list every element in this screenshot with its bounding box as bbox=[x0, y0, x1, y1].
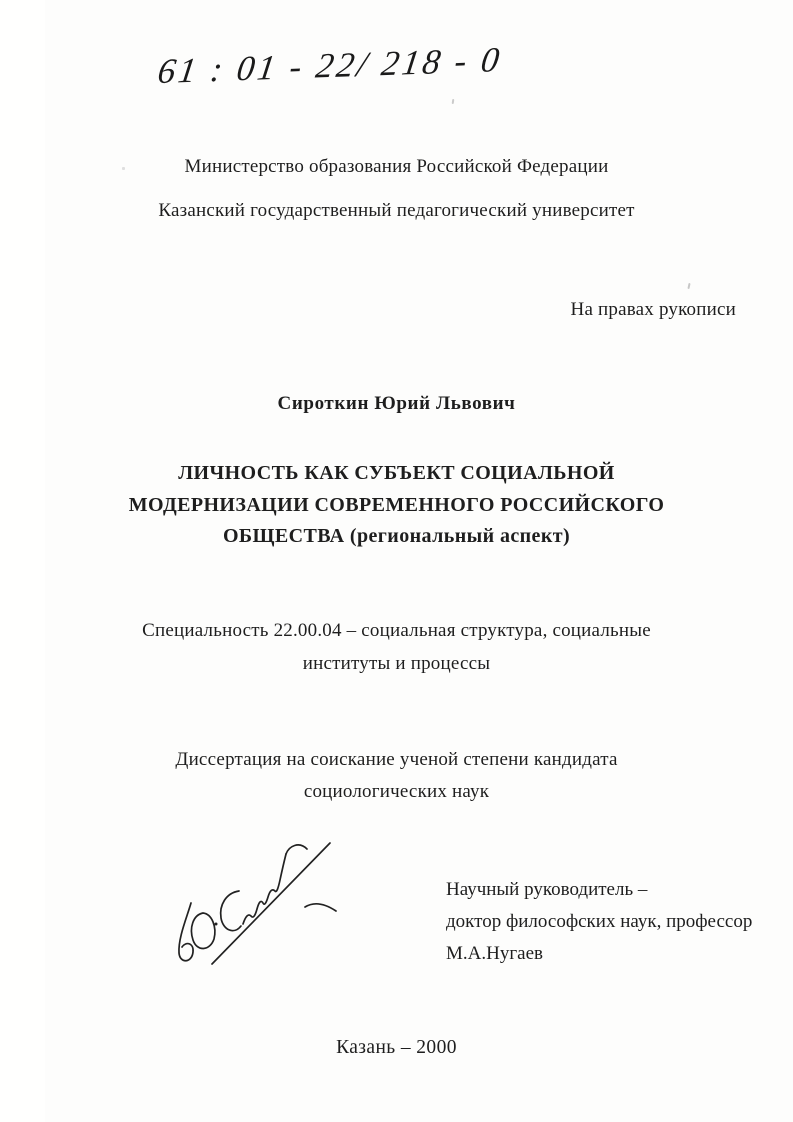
specialty-line-1: Специальность 22.00.04 – социальная стру… bbox=[0, 614, 793, 647]
specialty-line-2: институты и процессы bbox=[0, 647, 793, 680]
title-line-2: МОДЕРНИЗАЦИИ СОВРЕМЕННОГО РОССИЙСКОГО bbox=[0, 490, 793, 522]
title-line-1: ЛИЧНОСТЬ КАК СУБЪЕКТ СОЦИАЛЬНОЙ bbox=[0, 458, 793, 490]
handwritten-signature-icon bbox=[148, 810, 348, 980]
supervisor-line-2: доктор философских наук, профессор bbox=[446, 906, 776, 938]
dissertation-title: ЛИЧНОСТЬ КАК СУБЪЕКТ СОЦИАЛЬНОЙ МОДЕРНИЗ… bbox=[0, 458, 793, 553]
ministry-line: Министерство образования Российской Феде… bbox=[0, 153, 793, 180]
dissertation-title-page: 61 : 01 - 22/ 218 - 0 Министерство образ… bbox=[0, 0, 793, 1122]
thesis-line-2: социологических наук bbox=[0, 776, 793, 808]
supervisor-line-1: Научный руководитель – bbox=[446, 874, 776, 906]
manuscript-rights-note: На правах рукописи bbox=[0, 296, 793, 323]
thesis-line-1: Диссертация на соискание ученой степени … bbox=[0, 744, 793, 776]
author-name: Сироткин Юрий Львович bbox=[0, 390, 793, 418]
supervisor-block: Научный руководитель – доктор философски… bbox=[446, 874, 776, 970]
city-year-line: Казань – 2000 bbox=[0, 1034, 793, 1062]
scan-artifact bbox=[122, 167, 125, 170]
thesis-degree-block: Диссертация на соискание ученой степени … bbox=[0, 744, 793, 808]
specialty-block: Специальность 22.00.04 – социальная стру… bbox=[0, 614, 793, 680]
supervisor-line-3: М.А.Нугаев bbox=[446, 938, 776, 970]
title-line-3: ОБЩЕСТВА (региональный аспект) bbox=[0, 521, 793, 553]
university-line: Казанский государственный педагогический… bbox=[0, 197, 793, 224]
